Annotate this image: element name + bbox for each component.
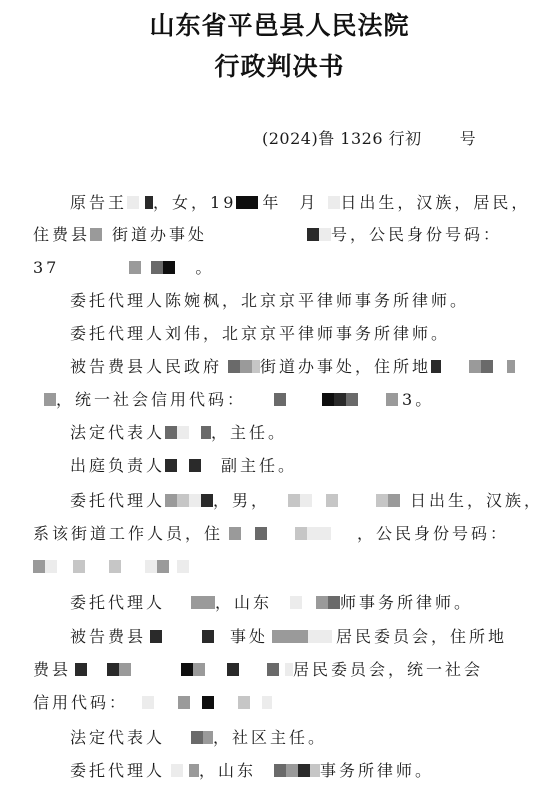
- redacted-block: [252, 360, 260, 373]
- redacted-block: [129, 261, 141, 274]
- redacted-block: [178, 696, 190, 709]
- redacted-block: [238, 696, 250, 709]
- redacted-block: [255, 527, 267, 540]
- text: 日出生，汉族，: [410, 491, 543, 510]
- court-name-title: 山东省平邑县人民法院: [0, 6, 559, 42]
- redacted-block: [73, 560, 85, 573]
- text: 被告费县: [70, 627, 146, 646]
- agent3-line-3: [33, 556, 189, 578]
- redacted-block: [328, 596, 340, 609]
- text: ，山东: [215, 593, 272, 612]
- text: 住费县: [33, 225, 90, 244]
- text: 师事务所律师。: [340, 593, 473, 612]
- text: 居民委员会，统一社会: [293, 660, 483, 679]
- redacted-block: [307, 228, 319, 241]
- redacted-block: [300, 494, 312, 507]
- redacted-block: [288, 494, 300, 507]
- document-type-title: 行政判决书: [0, 47, 559, 83]
- text: 居民委员会，住所地: [336, 627, 507, 646]
- court-rep-line: 出庭负责人副主任。: [70, 455, 297, 477]
- redacted-block: [189, 459, 201, 472]
- case-number: (2024)鲁 1326 行初号: [262, 126, 476, 149]
- text: 37: [33, 258, 59, 277]
- redacted-block: [165, 426, 177, 439]
- redacted-block: [322, 393, 334, 406]
- redacted-block: [319, 527, 331, 540]
- redacted-block: [481, 360, 493, 373]
- plaintiff-line-2: 住费县街道办事处号，公民身份号码：: [33, 224, 502, 246]
- redacted-block: [236, 196, 258, 209]
- redacted-block: [90, 228, 102, 241]
- redacted-block: [469, 360, 481, 373]
- redacted-block: [228, 360, 240, 373]
- redacted-block: [142, 696, 154, 709]
- text: 法定代表人: [70, 423, 165, 442]
- redacted-block: [295, 527, 307, 540]
- text: 原告王: [70, 193, 127, 212]
- redacted-block: [310, 764, 320, 777]
- text: 信用代码：: [33, 693, 128, 712]
- text: 系该街道工作人员，住: [33, 524, 223, 543]
- redacted-block: [201, 494, 213, 507]
- text: ，山东: [199, 761, 256, 780]
- redacted-block: [316, 596, 328, 609]
- text: 出庭负责人: [70, 456, 165, 475]
- text: 法定代表人: [70, 728, 165, 747]
- redacted-block: [298, 764, 310, 777]
- text: 。: [195, 258, 214, 277]
- defendant1-line-1: 被告费县人民政府街道办事处，住所地: [70, 356, 515, 378]
- redacted-block: [191, 596, 203, 609]
- redacted-block: [203, 596, 215, 609]
- redacted-block: [177, 494, 189, 507]
- text: 日出生，汉族，居民，: [340, 193, 530, 212]
- redacted-block: [44, 393, 56, 406]
- defendant2-line-1: 被告费县事处居民委员会，住所地: [70, 626, 507, 648]
- text: ，男，: [213, 491, 270, 510]
- text: 事处: [230, 627, 268, 646]
- redacted-block: [431, 360, 441, 373]
- text: 街道办事处: [112, 225, 207, 244]
- text: 3。: [402, 390, 434, 409]
- text: 费县: [33, 660, 71, 679]
- legal-rep2-line: 法定代表人，社区主任。: [70, 727, 327, 749]
- redacted-block: [376, 494, 388, 507]
- redacted-block: [328, 196, 340, 209]
- redacted-block: [319, 228, 331, 241]
- redacted-block: [109, 560, 121, 573]
- text: 委托代理人: [70, 491, 165, 510]
- redacted-block: [286, 764, 298, 777]
- text: 月: [299, 193, 318, 212]
- redacted-block: [290, 596, 302, 609]
- redacted-block: [33, 560, 45, 573]
- redacted-block: [346, 393, 358, 406]
- redacted-block: [227, 663, 239, 676]
- redacted-block: [388, 494, 400, 507]
- agent5-line: 委托代理人，山东事务所律师。: [70, 760, 434, 782]
- redacted-block: [240, 360, 252, 373]
- redacted-block: [308, 630, 320, 643]
- plaintiff-line-3: 37。: [33, 257, 214, 279]
- text: ，公民身份号码：: [357, 524, 509, 543]
- redacted-block: [193, 663, 205, 676]
- redacted-block: [107, 663, 119, 676]
- case-number-prefix: (2024)鲁 1326 行初: [262, 129, 422, 148]
- redacted-block: [326, 494, 338, 507]
- redacted-block: [202, 696, 214, 709]
- defendant2-line-3: 信用代码：: [33, 692, 272, 714]
- plaintiff-line-1: 原告王，女，19年月日出生，汉族，居民，: [70, 192, 530, 214]
- redacted-block: [150, 630, 162, 643]
- agent3-line-2: 系该街道工作人员，住，公民身份号码：: [33, 523, 509, 545]
- agent2-line: 委托代理人刘伟，北京京平律师事务所律师。: [70, 323, 450, 345]
- agent4-line: 委托代理人，山东师事务所律师。: [70, 592, 473, 614]
- redacted-block: [307, 527, 319, 540]
- redacted-block: [201, 426, 211, 439]
- redacted-block: [285, 663, 293, 676]
- legal-rep1-line: 法定代表人，主任。: [70, 422, 287, 444]
- redacted-block: [386, 393, 398, 406]
- redacted-block: [203, 731, 213, 744]
- redacted-block: [202, 630, 214, 643]
- redacted-block: [177, 560, 189, 573]
- text: 事务所律师。: [320, 761, 434, 780]
- redacted-block: [334, 393, 346, 406]
- redacted-block: [284, 630, 296, 643]
- redacted-block: [165, 494, 177, 507]
- redacted-block: [165, 459, 177, 472]
- text: ，统一社会信用代码：: [56, 390, 246, 409]
- redacted-block: [151, 261, 163, 274]
- defendant2-line-2: 费县居民委员会，统一社会: [33, 659, 483, 681]
- redacted-block: [127, 196, 139, 209]
- redacted-block: [320, 630, 332, 643]
- agent3-line-1: 委托代理人，男，日出生，汉族，: [70, 490, 543, 512]
- redacted-block: [274, 393, 286, 406]
- redacted-block: [274, 764, 286, 777]
- redacted-block: [177, 426, 189, 439]
- text: 委托代理人: [70, 761, 165, 780]
- redacted-block: [145, 560, 157, 573]
- text: 号，公民身份号码：: [331, 225, 502, 244]
- text: ，女，19: [153, 193, 236, 212]
- redacted-block: [267, 663, 279, 676]
- redacted-block: [296, 630, 308, 643]
- text: 街道办事处，住所地: [260, 357, 431, 376]
- redacted-block: [191, 731, 203, 744]
- redacted-block: [272, 630, 284, 643]
- text: 被告费县人民政府: [70, 357, 222, 376]
- redacted-block: [45, 560, 57, 573]
- text: ，主任。: [211, 423, 287, 442]
- redacted-block: [171, 764, 183, 777]
- text: ，社区主任。: [213, 728, 327, 747]
- redacted-block: [75, 663, 87, 676]
- redacted-block: [262, 696, 272, 709]
- case-number-suffix: 号: [460, 129, 477, 148]
- agent1-line: 委托代理人陈婉枫，北京京平律师事务所律师。: [70, 290, 469, 312]
- redacted-block: [229, 527, 241, 540]
- redacted-block: [119, 663, 131, 676]
- redacted-block: [157, 560, 169, 573]
- redacted-block: [163, 261, 175, 274]
- redacted-block: [507, 360, 515, 373]
- redacted-block: [145, 196, 153, 209]
- redacted-block: [189, 494, 201, 507]
- text: 年: [262, 193, 281, 212]
- text: 委托代理人: [70, 593, 165, 612]
- text: 副主任。: [221, 456, 297, 475]
- defendant1-line-2: ，统一社会信用代码：3。: [44, 389, 434, 411]
- redacted-block: [189, 764, 199, 777]
- redacted-block: [181, 663, 193, 676]
